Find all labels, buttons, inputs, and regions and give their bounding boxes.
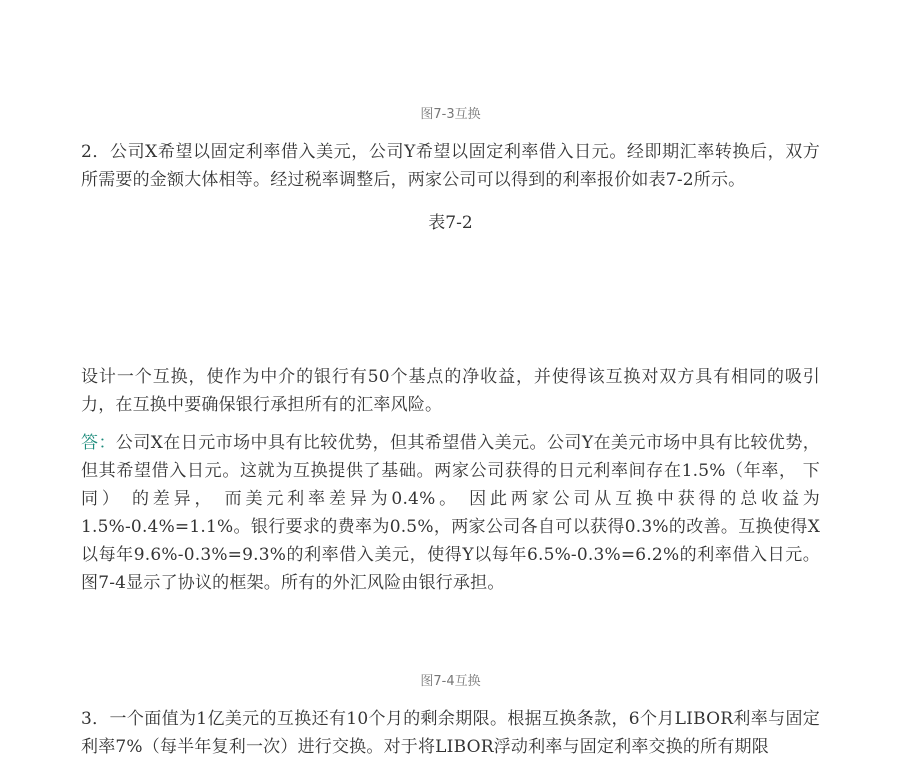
question-3-paragraph: 3．一个面值为1亿美元的互换还有10个月的剩余期限。根据互换条款，6个月LIBO…: [81, 705, 820, 761]
document-page: 图7-3互换 2．公司X希望以固定利率借入美元，公司Y希望以固定利率借入日元。经…: [81, 0, 820, 761]
figure-7-3-caption: 图7-3互换: [81, 106, 820, 124]
figure-7-4-caption: 图7-4互换: [81, 673, 820, 691]
answer-2-text: 公司X在日元市场中具有比较优势，但其希望借入美元。公司Y在美元市场中具有比较优势…: [81, 433, 820, 593]
answer-2-paragraph: 答：公司X在日元市场中具有比较优势，但其希望借入美元。公司Y在美元市场中具有比较…: [81, 429, 820, 597]
table-7-2-image: [81, 235, 820, 363]
question-2-task-paragraph: 设计一个互换，使作为中介的银行有50个基点的净收益，并使得该互换对双方具有相同的…: [81, 363, 820, 419]
figure-7-3-image: [81, 0, 820, 106]
answer-label: 答：: [81, 433, 116, 453]
figure-7-4-image: [81, 597, 820, 673]
table-7-2-title: 表7-2: [81, 211, 820, 235]
question-2-paragraph: 2．公司X希望以固定利率借入美元，公司Y希望以固定利率借入日元。经即期汇率转换后…: [81, 138, 820, 194]
